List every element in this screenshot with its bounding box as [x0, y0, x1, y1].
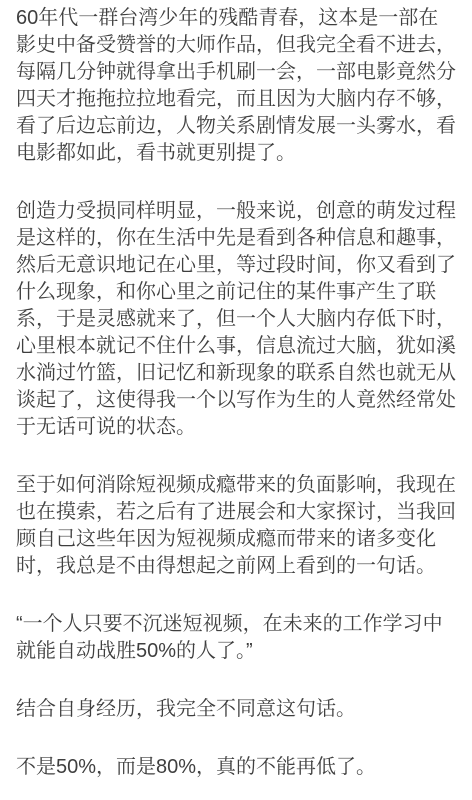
article-body: 60年代一群台湾少年的残酷青春，这本是一部在影史中备受赞誉的大师作品，但我完全看…: [0, 0, 472, 781]
article-paragraph: 60年代一群台湾少年的残酷青春，这本是一部在影史中备受赞誉的大师作品，但我完全看…: [16, 5, 456, 167]
article-paragraph: 结合自身经历，我完全不同意这句话。: [16, 696, 456, 723]
article-paragraph: 创造力受损同样明显，一般来说，创意的萌发过程是这样的，你在生活中先是看到各种信息…: [16, 198, 456, 441]
quote-paragraph: “一个人只要不沉迷短视频，在未来的工作学习中就能自动战胜50%的人了。”: [16, 611, 456, 665]
article-paragraph: 不是50%，而是80%，真的不能再低了。: [16, 754, 456, 781]
article-paragraph: 至于如何消除短视频成瘾带来的负面影响，我现在也在摸索，若之后有了进展会和大家探讨…: [16, 472, 456, 580]
